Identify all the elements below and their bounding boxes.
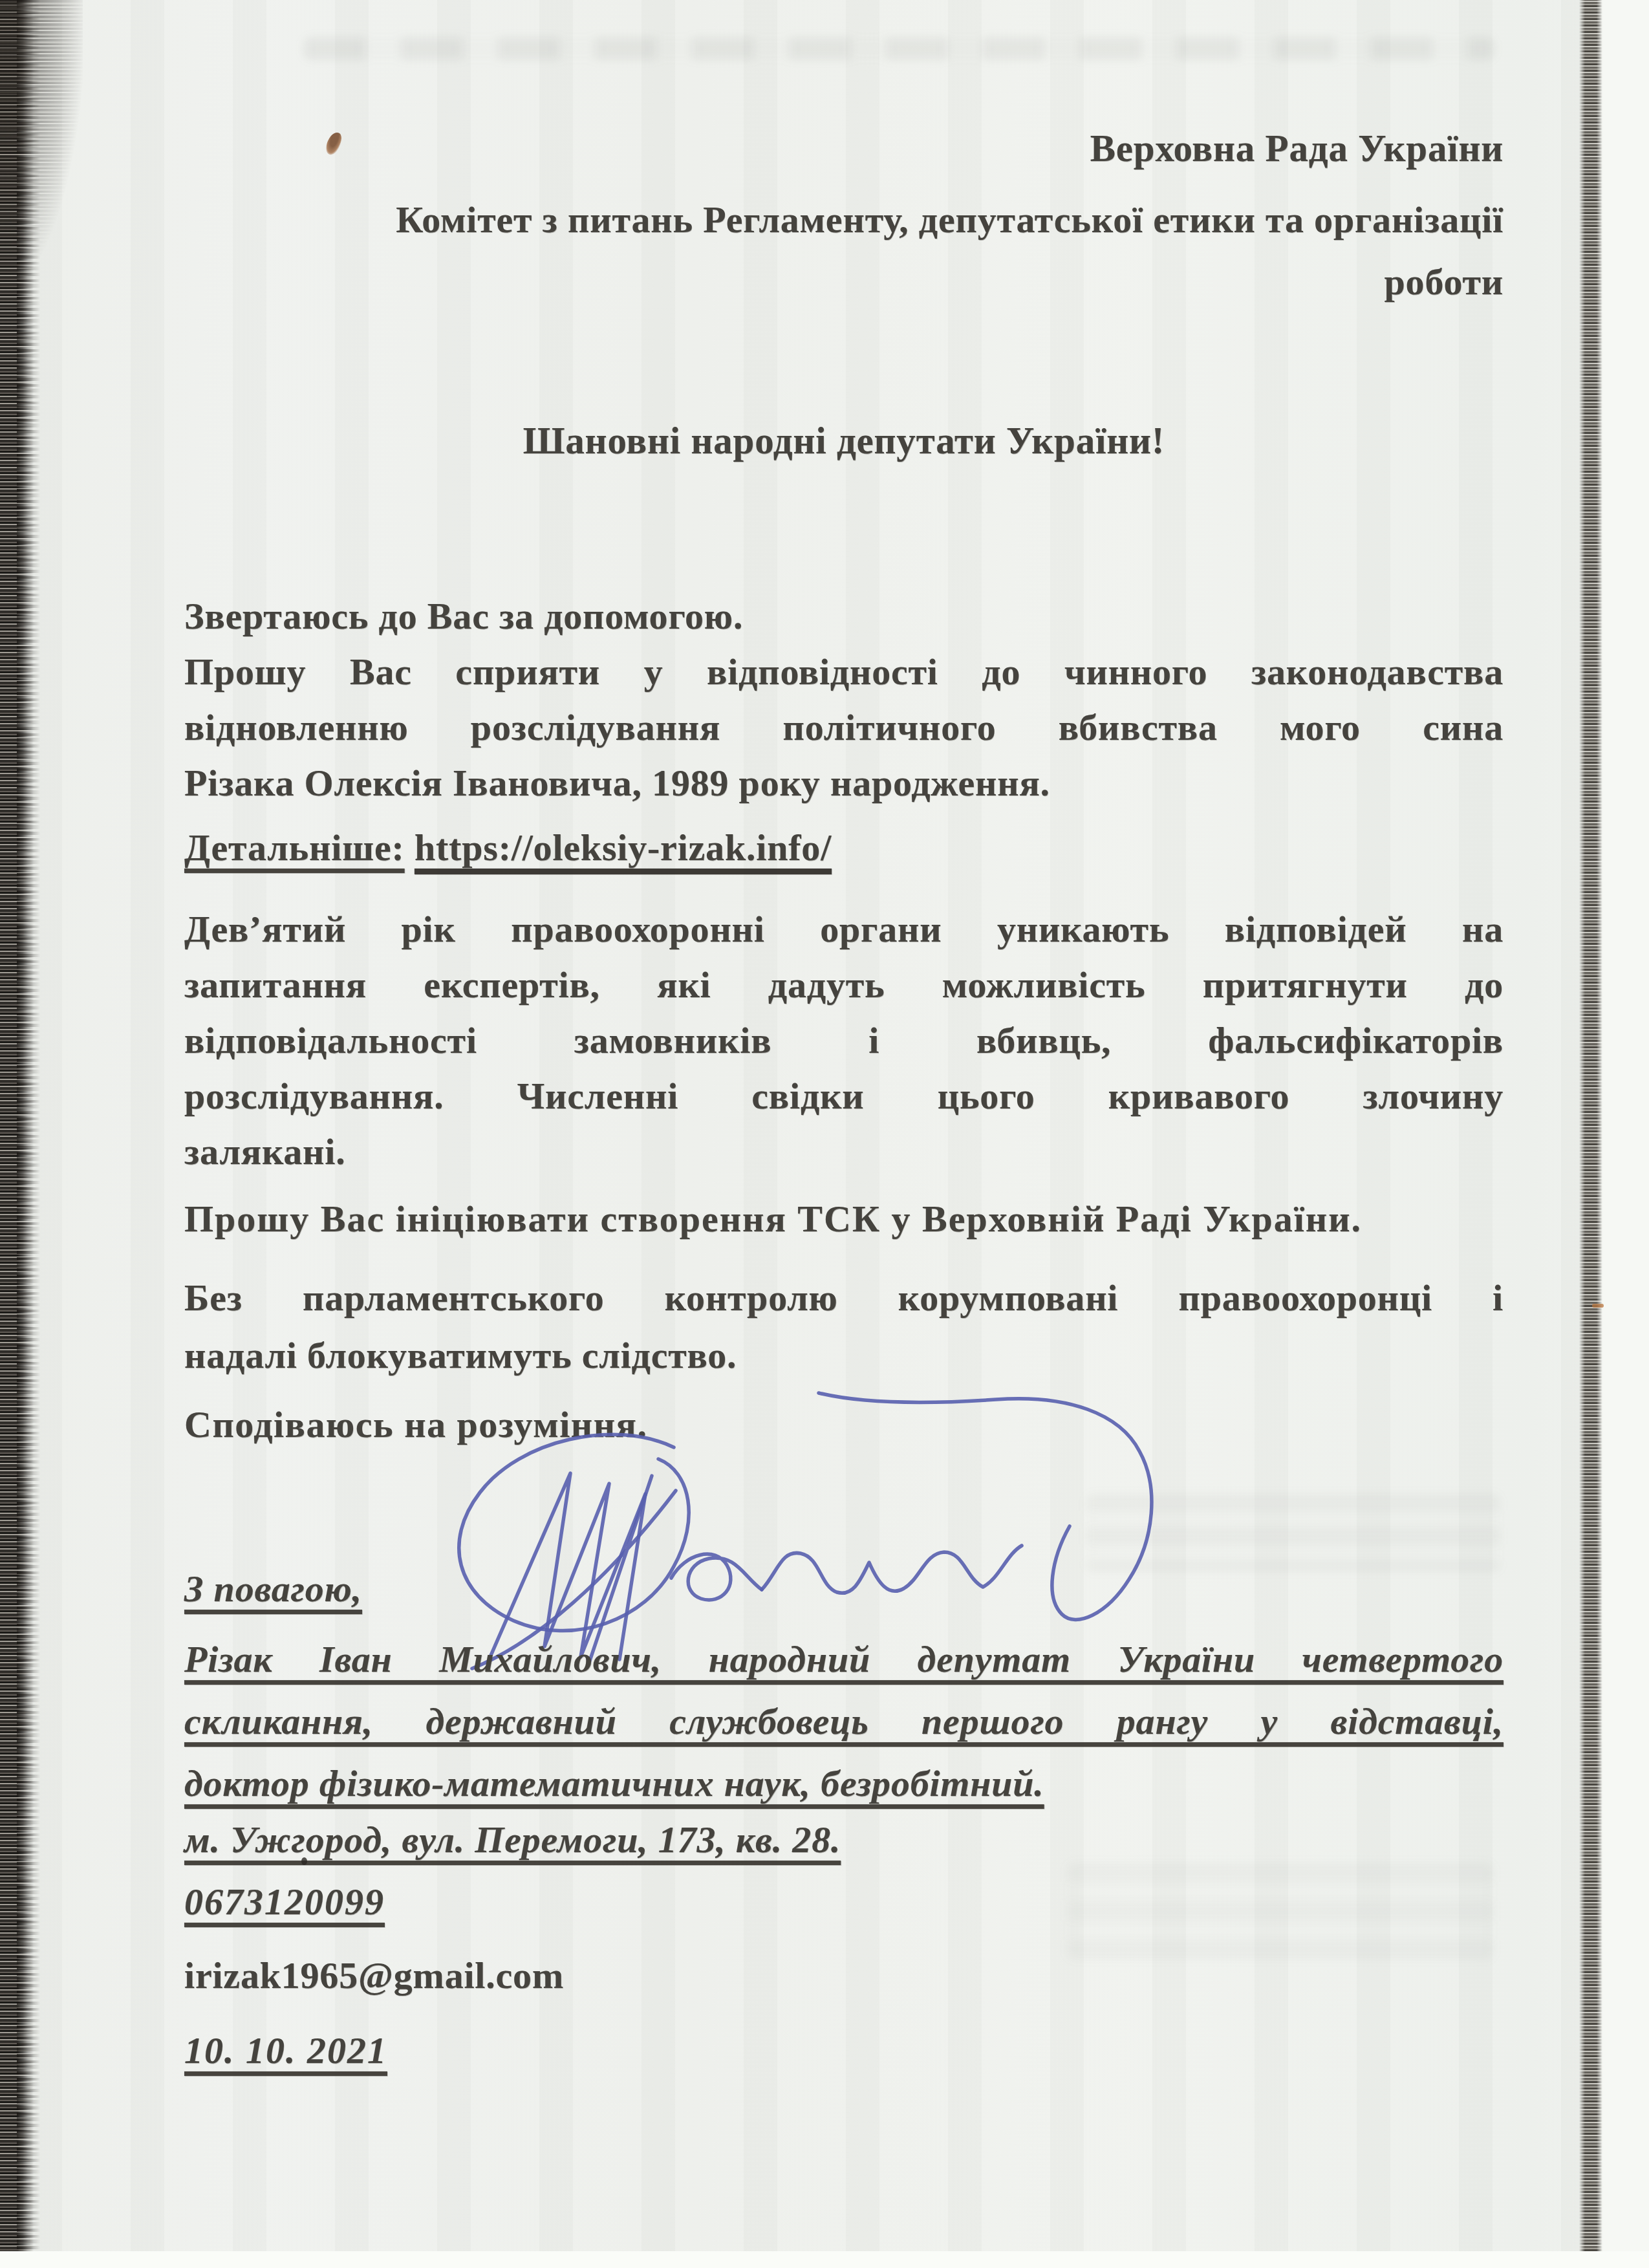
request-line: відновленню розслідування політичного вб…: [184, 700, 1503, 755]
phone-line: 0673120099: [184, 1874, 1503, 1930]
ink-dot-speck: [301, 1857, 307, 1865]
intro-paragraph: Звертаюсь до Вас за допомогою.: [184, 589, 1503, 644]
date-line: 10. 10. 2021: [184, 2023, 1503, 2079]
salutation-line: Шановні народні депутати України!: [184, 413, 1503, 468]
name-title-line: Різак Іван Михайлович, народний депутат …: [184, 1628, 1503, 1690]
control-line: Без парламентського контролю корумповані…: [184, 1269, 1503, 1326]
email-line: irizak1965@gmail.com: [184, 1948, 1503, 2003]
ninth-year-line: Дев’ятий рік правоохоронні органи уникаю…: [184, 902, 1503, 957]
details-label: Детальніше:: [184, 826, 405, 869]
scanned-letter-page: Верховна Рада України Комітет з питань Р…: [0, 0, 1649, 2268]
ninth-year-line: залякані.: [184, 1124, 1503, 1180]
request-line: Прошу Вас сприяти у відповідності до чин…: [184, 644, 1503, 700]
name-title-line: доктор фізико-математичних наук, безробі…: [184, 1753, 1503, 1815]
right-edge-light-strip: [1601, 0, 1649, 2268]
header-org-title: Верховна Рада України: [184, 120, 1503, 176]
name-title-block: Різак Іван Михайлович, народний депутат …: [184, 1628, 1503, 1815]
bottom-edge-strip: [0, 2251, 1649, 2268]
left-scan-fringe: [17, 0, 40, 2252]
request-line: Різака Олексія Івановича, 1989 року наро…: [184, 755, 1503, 811]
orange-speck: [1592, 1304, 1604, 1308]
ninth-year-line: запитання експертів, які дадуть можливіс…: [184, 957, 1503, 1013]
details-line: Детальніше: https://oleksiy-rizak.info/: [184, 820, 1503, 876]
right-scan-band: [1579, 0, 1602, 2251]
details-link: https://oleksiy-rizak.info/: [415, 826, 832, 869]
top-left-scan-wedge: [0, 0, 83, 278]
tsk-request-paragraph: Прошу Вас ініціювати створення ТСК у Вер…: [184, 1191, 1503, 1247]
address-line: м. Ужгород, вул. Перемоги, 173, кв. 28.: [184, 1812, 1503, 1868]
request-paragraph: Прошу Вас сприяти у відповідності до чин…: [184, 644, 1503, 811]
ninth-year-line: розслідування. Численні свідки цього кри…: [184, 1068, 1503, 1124]
name-title-line: скликання, державний службовець першого …: [184, 1690, 1503, 1753]
ninth-year-line: відповідальності замовників і вбивць, фа…: [184, 1013, 1503, 1068]
committee-name: Комітет з питань Регламенту, депутатсько…: [184, 189, 1503, 313]
closing-line: З повагою,: [184, 1561, 1503, 1617]
ninth-year-paragraph: Дев’ятий рік правоохоронні органи уникаю…: [184, 902, 1503, 1180]
bleed-through-smudge: [304, 38, 1494, 59]
committee-name-line: Комітет з питань Регламенту, депутатсько…: [184, 189, 1503, 251]
committee-name-line: роботи: [184, 251, 1503, 313]
